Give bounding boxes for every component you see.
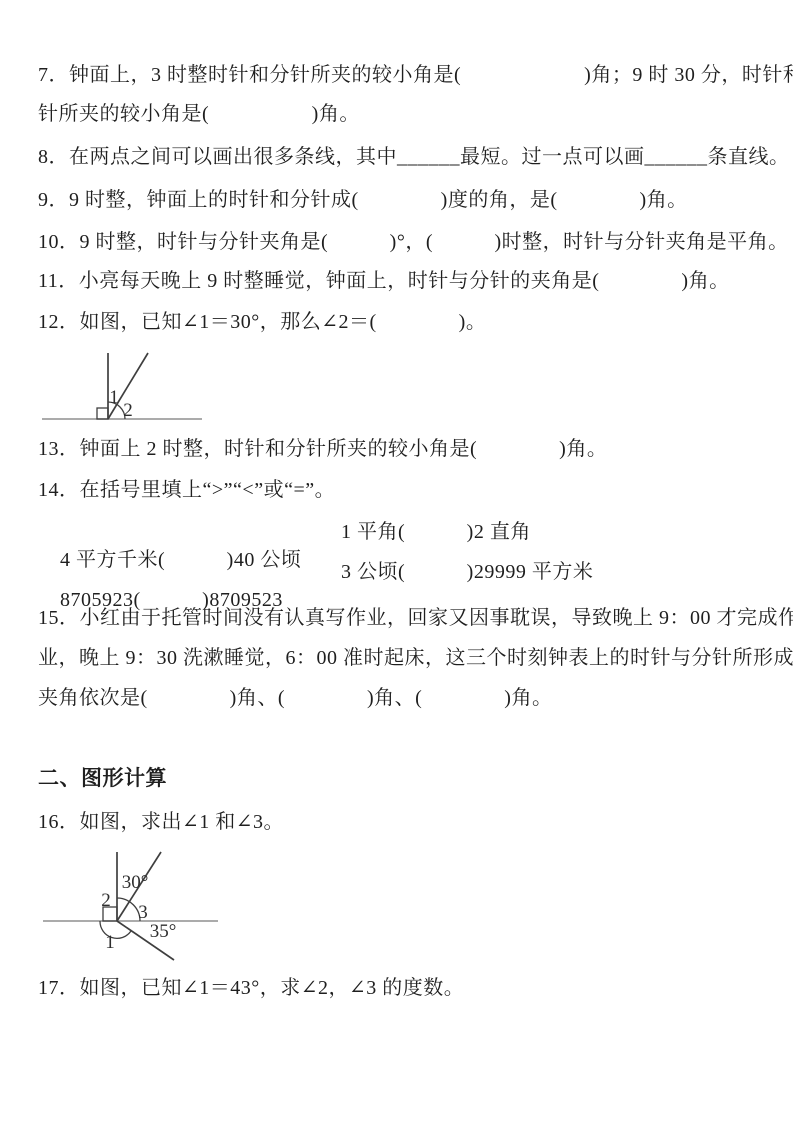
deg35-label: 35° bbox=[150, 921, 177, 942]
figure-q16: 2 30° 3 35° 1 bbox=[35, 846, 235, 968]
question-17: 17．如图，已知∠1＝43°，求∠2，∠3 的度数。 bbox=[38, 974, 464, 1002]
figure-q12: 1 2 bbox=[40, 342, 210, 427]
deg30-label: 30° bbox=[122, 872, 149, 893]
question-16: 16．如图，求出∠1 和∠3。 bbox=[38, 808, 284, 836]
angle1-label: 1 bbox=[105, 932, 115, 953]
angle2-label: 2 bbox=[123, 400, 133, 421]
section-2-title: 二、图形计算 bbox=[38, 765, 167, 793]
q14-compare-4: 3 公顷( )29999 平方米 bbox=[341, 558, 593, 586]
question-7-line-1: 7．钟面上，3 时整时针和分针所夹的较小角是( )角；9 时 30 分，时针和分 bbox=[38, 61, 793, 89]
question-7-line-2: 针所夹的较小角是( )角。 bbox=[38, 100, 360, 128]
angle2-label: 2 bbox=[101, 890, 111, 911]
question-15-line-1: 15．小红由于托管时间没有认真写作业，回家又因事耽误，导致晚上 9：00 才完成… bbox=[38, 604, 793, 632]
question-15-line-3: 夹角依次是( )角、( )角、( )角。 bbox=[38, 684, 552, 712]
angle3-label: 3 bbox=[138, 902, 148, 923]
angle1-label: 1 bbox=[109, 387, 119, 408]
question-8: 8．在两点之间可以画出很多条线，其中______最短。过一点可以画______条… bbox=[38, 143, 790, 171]
question-13: 13．钟面上 2 时整，时针和分针所夹的较小角是( )角。 bbox=[38, 435, 607, 463]
question-12: 12．如图，已知∠1＝30°，那么∠2＝( )。 bbox=[38, 308, 486, 336]
worksheet-page: 7．钟面上，3 时整时针和分针所夹的较小角是( )角；9 时 30 分，时针和分… bbox=[0, 0, 793, 1122]
upper-angle-arc bbox=[117, 898, 140, 921]
question-14: 14．在括号里填上“>”“<”或“=”。 bbox=[38, 476, 335, 504]
right-angle-mark bbox=[97, 408, 108, 419]
q14-compare-2: 1 平角( )2 直角 bbox=[341, 518, 531, 546]
question-10: 10．9 时整，时针与分针夹角是( )°，( )时整，时针与分针夹角是平角。 bbox=[38, 228, 789, 256]
question-9: 9．9 时整，钟面上的时针和分针成( )度的角，是( )角。 bbox=[38, 186, 688, 214]
question-15-line-2: 业，晚上 9：30 洗漱睡觉，6：00 准时起床，这三个时刻钟表上的时针与分针所… bbox=[38, 644, 793, 672]
question-11: 11．小亮每天晚上 9 时整睡觉，钟面上，时针与分针的夹角是( )角。 bbox=[38, 267, 730, 295]
